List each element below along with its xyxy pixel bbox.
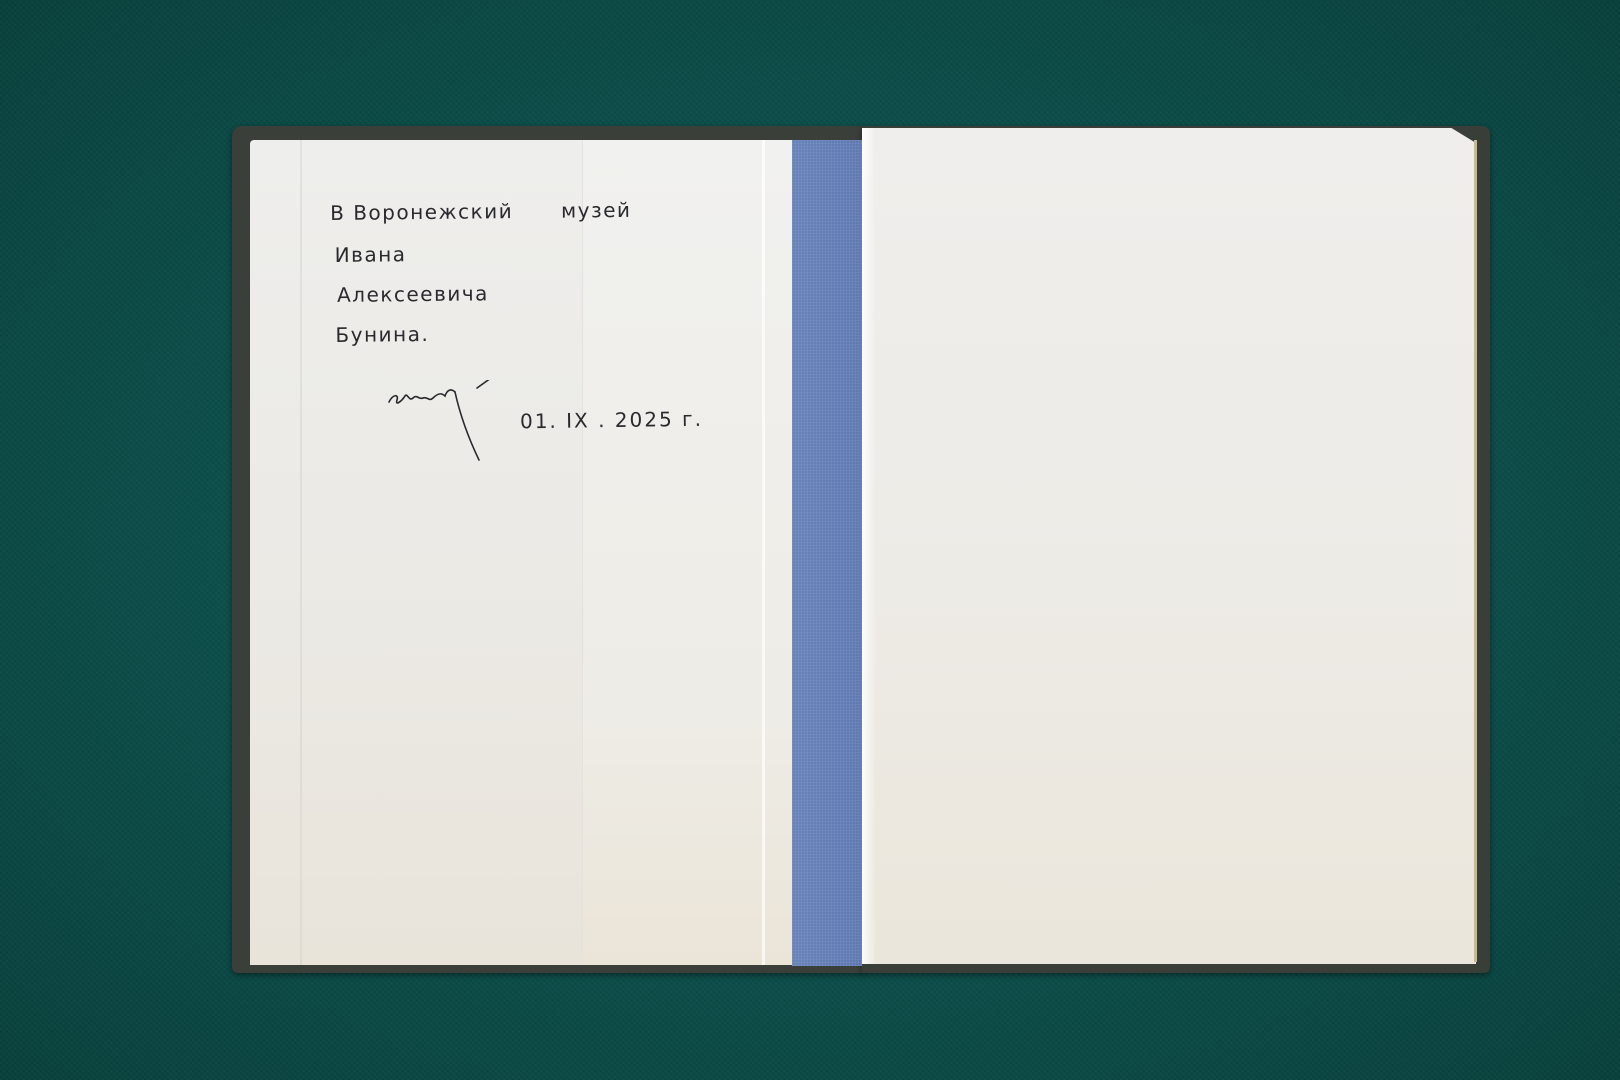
- pastedown-crease: [300, 140, 302, 965]
- inscription-date: 01. IX . 2025 г.: [520, 407, 703, 434]
- inscription-text: В Воронежский: [330, 199, 513, 225]
- right-page-fore-edge: [1474, 140, 1477, 962]
- inscription-line-3: Алексеевича: [337, 283, 489, 305]
- left-page-overlap-strip: [582, 140, 793, 965]
- inscription-text: музей: [561, 198, 632, 223]
- inscription-line-4: Бунина.: [335, 324, 429, 345]
- handwritten-signature-icon: [385, 380, 495, 470]
- inscription-line-2: Ивана: [335, 244, 407, 265]
- blue-cloth-spine-hinge: [792, 140, 862, 966]
- inscription-line-1: В Воронежскиймузей: [330, 200, 632, 223]
- right-blank-page: [862, 128, 1476, 964]
